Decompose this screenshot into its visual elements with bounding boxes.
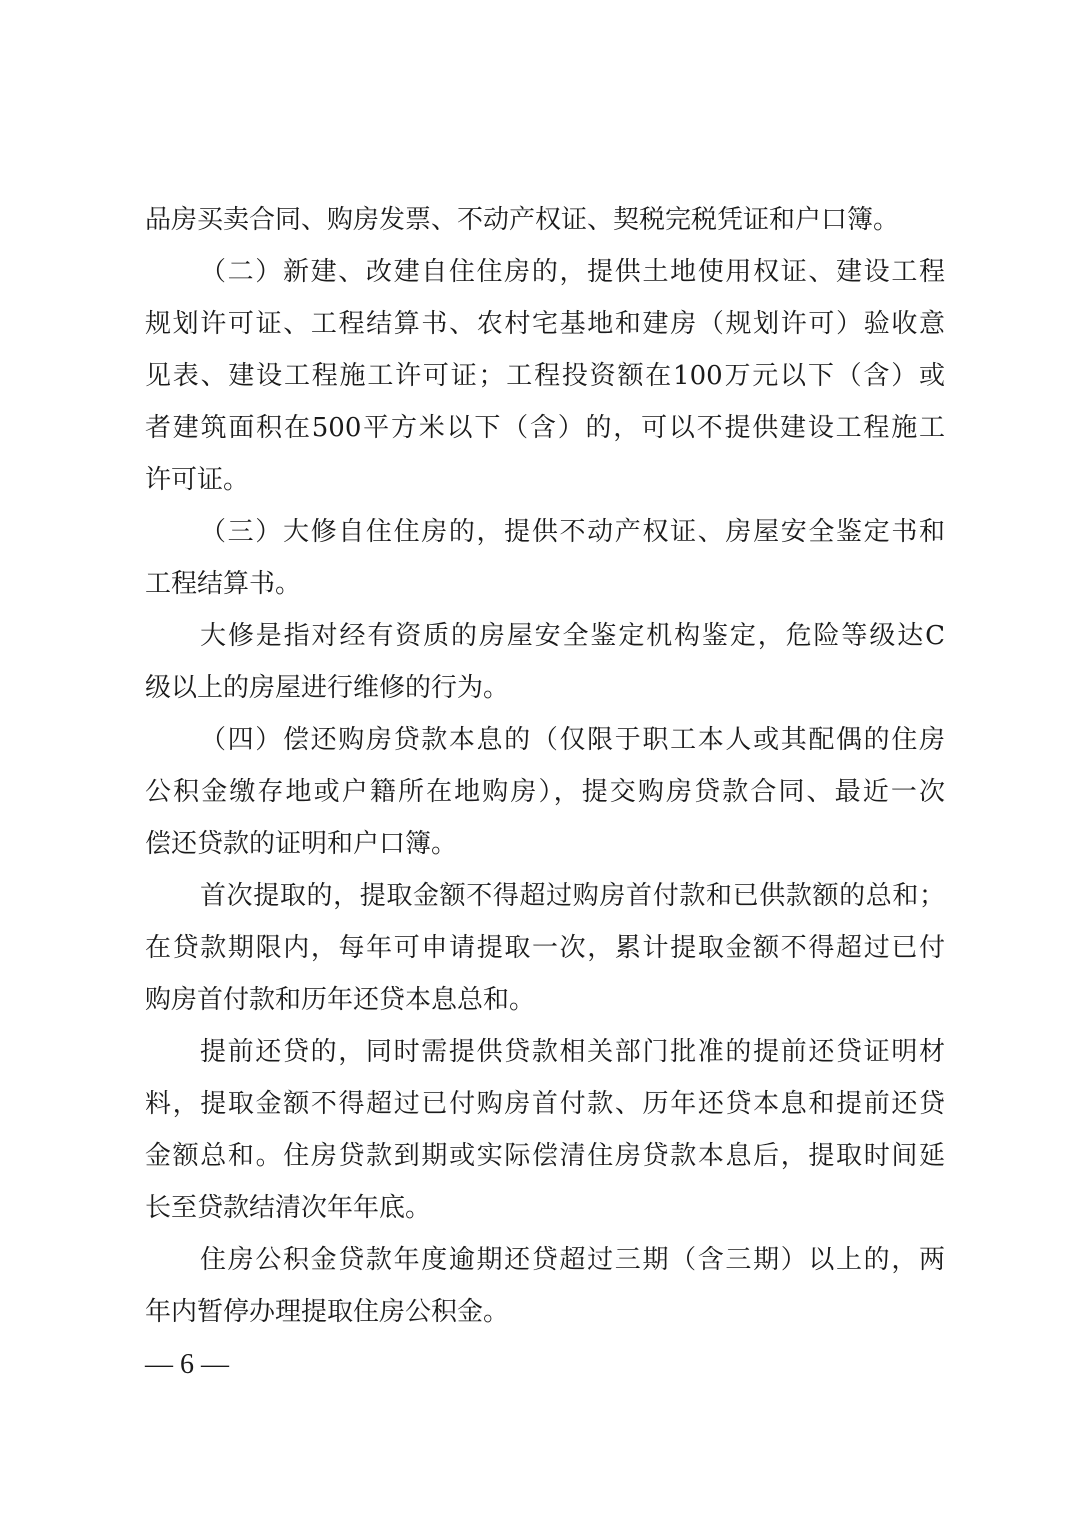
text-line: 级以上的房屋进行维修的行为。 — [145, 668, 945, 708]
text-line: 者建筑面积在500平方米以下（含）的，可以不提供建设工程施工 — [145, 408, 945, 448]
document-page: 品房买卖合同、购房发票、不动产权证、契税完税凭证和户口簿。 （二）新建、改建自住… — [0, 0, 1080, 1527]
text-line: 许可证。 — [145, 460, 945, 500]
text-line: 首次提取的，提取金额不得超过购房首付款和已供款额的总和； — [200, 876, 945, 916]
text-line: 住房公积金贷款年度逾期还贷超过三期（含三期）以上的，两 — [200, 1240, 945, 1280]
text-line: 在贷款期限内，每年可申请提取一次，累计提取金额不得超过已付 — [145, 928, 945, 968]
text-line: 公积金缴存地或户籍所在地购房），提交购房贷款合同、最近一次 — [145, 772, 945, 812]
text-line: （三）大修自住住房的，提供不动产权证、房屋安全鉴定书和 — [200, 512, 945, 552]
text-line: （四）偿还购房贷款本息的（仅限于职工本人或其配偶的住房 — [200, 720, 945, 760]
text-line: 购房首付款和历年还贷本息总和。 — [145, 980, 945, 1020]
text-line: 长至贷款结清次年年底。 — [145, 1188, 945, 1228]
text-line: （二）新建、改建自住住房的，提供土地使用权证、建设工程 — [200, 252, 945, 292]
text-line: 品房买卖合同、购房发票、不动产权证、契税完税凭证和户口簿。 — [145, 200, 945, 240]
text-line: 工程结算书。 — [145, 564, 945, 604]
text-line: 金额总和。住房贷款到期或实际偿清住房贷款本息后，提取时间延 — [145, 1136, 945, 1176]
text-line: 规划许可证、工程结算书、农村宅基地和建房（规划许可）验收意 — [145, 304, 945, 344]
text-line: 大修是指对经有资质的房屋安全鉴定机构鉴定，危险等级达C — [200, 616, 945, 656]
text-line: 见表、建设工程施工许可证；工程投资额在100万元以下（含）或 — [145, 356, 945, 396]
page-number: — 6 — — [145, 1345, 229, 1385]
text-line: 年内暂停办理提取住房公积金。 — [145, 1292, 945, 1332]
text-line: 偿还贷款的证明和户口簿。 — [145, 824, 945, 864]
text-line: 料，提取金额不得超过已付购房首付款、历年还贷本息和提前还贷 — [145, 1084, 945, 1124]
text-line: 提前还贷的，同时需提供贷款相关部门批准的提前还贷证明材 — [200, 1032, 945, 1072]
